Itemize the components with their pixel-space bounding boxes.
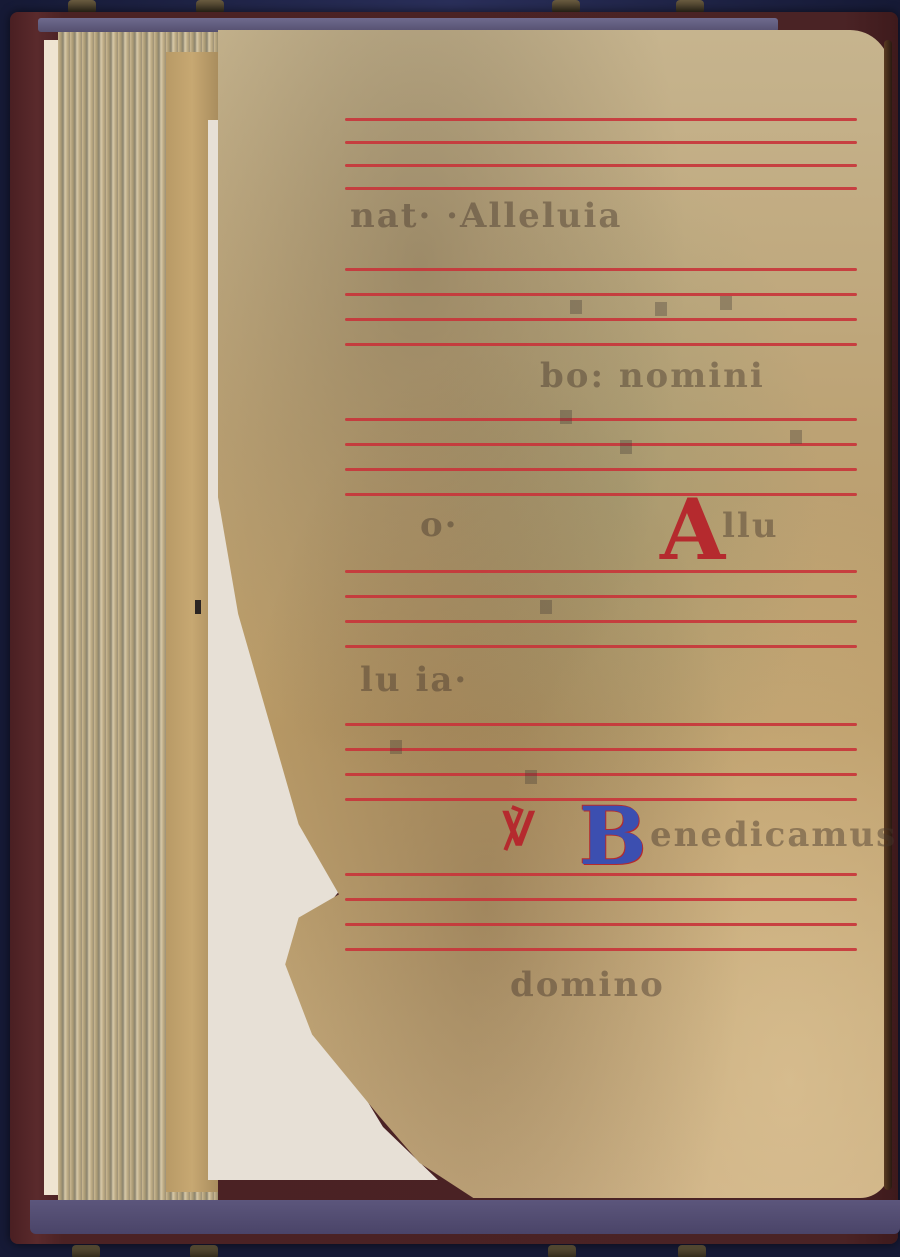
staff-line (345, 443, 857, 446)
cover-bottom-edge (30, 1200, 900, 1234)
staff-line (345, 898, 857, 901)
neume (525, 770, 537, 784)
staff-line (345, 570, 857, 573)
staff-line (345, 923, 857, 926)
cover-top-edge (38, 18, 778, 32)
staff-line (345, 141, 857, 144)
versicle-mark: ℣ (503, 806, 534, 852)
neume (620, 440, 632, 454)
staff-line (345, 418, 857, 421)
page-fore-edges (58, 32, 218, 1200)
neume (655, 302, 667, 316)
faded-text-line: enedicamus (650, 815, 900, 855)
staff-line (345, 187, 857, 190)
staff-line (345, 293, 857, 296)
neume (540, 600, 552, 614)
staff-line (345, 645, 857, 648)
folio-edge (884, 40, 892, 1190)
staff-line (345, 595, 857, 598)
faded-text-line: domino (510, 965, 900, 1005)
staff-line (345, 468, 857, 471)
neume (560, 410, 572, 424)
tab-mark (195, 600, 201, 614)
clasp-peg (190, 1245, 218, 1257)
faded-text-line: bo: nomini (540, 356, 900, 396)
staff-line (345, 118, 857, 121)
staff-line (345, 318, 857, 321)
faded-text-line: llu (722, 506, 900, 546)
clasp-peg (548, 1245, 576, 1257)
staff-line (345, 343, 857, 346)
staff-line (345, 748, 857, 751)
neume (390, 740, 402, 754)
neume (790, 430, 802, 444)
clasp-peg (678, 1245, 706, 1257)
staff-line (345, 620, 857, 623)
staff-line (345, 773, 857, 776)
initial-b-glyph: B (579, 796, 647, 876)
clasp-peg (72, 1245, 100, 1257)
initial-a: A (660, 488, 725, 572)
initial-b: B (573, 800, 645, 876)
neume (570, 300, 582, 314)
staff-line (345, 948, 857, 951)
faded-text-line: nat· ·Alleluia (350, 196, 850, 236)
staff-line (345, 268, 857, 271)
staff-line (345, 164, 857, 167)
neume (720, 296, 732, 310)
staff-line (345, 493, 857, 496)
faded-text-line: lu ia· (360, 660, 860, 700)
staff-line (345, 723, 857, 726)
